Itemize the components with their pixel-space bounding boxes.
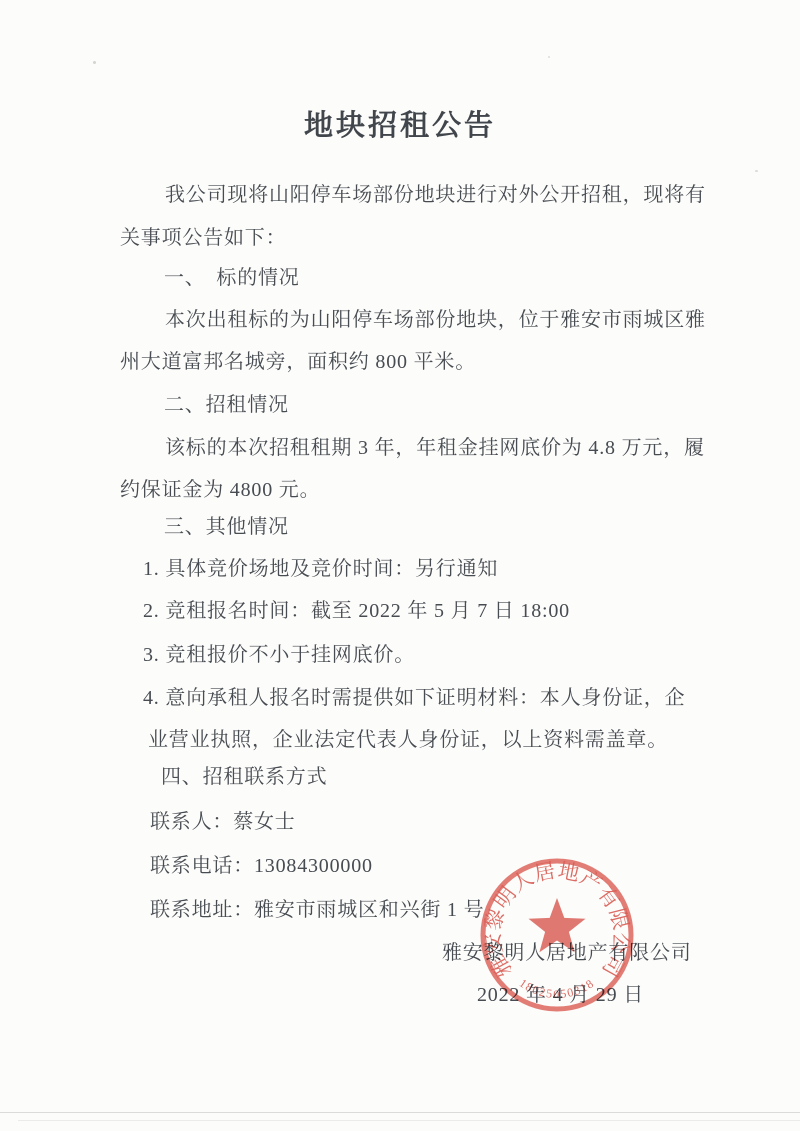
scan-edge-line [0,1112,800,1113]
contact-phone-line: 联系电话：13084300000 [150,852,373,880]
scan-edge-line [18,1120,800,1121]
list-item: 2. 竞租报名时间：截至 2022 年 5 月 7 日 18:00 [143,597,570,625]
scan-speck [548,56,550,58]
seal-code-arc: 18025050318 [517,976,597,1001]
list-item: 1. 具体竞价场地及竞价时间：另行通知 [143,555,498,583]
list-item: 3. 竞租报价不小于挂网底价。 [143,641,415,669]
contact-address-line: 联系地址：雅安市雨城区和兴街 1 号 [150,896,484,924]
scanned-announcement-page: 地块招租公告 我公司现将山阳停车场部份地块进行对外公开招租，现将有 关事项公告如… [0,0,800,1131]
section-heading-1: 一、 标的情况 [164,264,300,292]
doc-line: 本次出租标的为山阳停车场部份地块，位于雅安市雨城区雅 [165,306,706,334]
seal-code-text: 18025050318 [517,976,597,1001]
doc-line: 该标的本次招租租期 3 年，年租金挂网底价为 4.8 万元，履 [165,434,705,462]
page-title: 地块招租公告 [0,103,800,144]
doc-line: 约保证金为 4800 元。 [120,476,320,504]
doc-line: 州大道富邦名城旁，面积约 800 平米。 [120,348,476,376]
company-seal: 雅安黎明人居地产有限公司 18025050318 [457,835,657,1035]
section-heading-3: 三、其他情况 [164,513,289,541]
star-icon [529,898,586,952]
section-heading-4: 四、招租联系方式 [161,763,327,791]
scan-speck [93,61,96,64]
contact-person-line: 联系人：蔡女士 [150,808,296,836]
doc-line: 业营业执照，企业法定代表人身份证，以上资料需盖章。 [148,726,668,754]
list-item: 4. 意向承租人报名时需提供如下证明材料：本人身份证，企 [143,684,685,712]
scan-speck [755,170,758,172]
doc-line: 我公司现将山阳停车场部份地块进行对外公开招租，现将有 [165,181,706,209]
section-heading-2: 二、招租情况 [164,391,289,419]
doc-line: 关事项公告如下： [120,224,286,252]
